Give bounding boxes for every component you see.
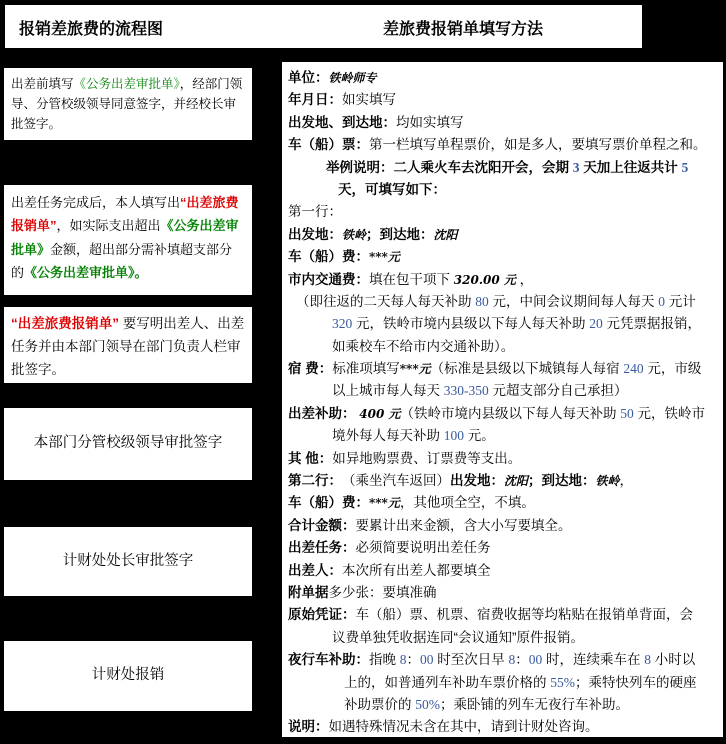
flow-step-fill-reimburse-form: 出差任务完成后，本人填写出“出差旅费报销单”，如实际支出超出《公务出差审批单》金… xyxy=(4,185,252,295)
instruction-line: 举例说明：二人乘火车去沈阳开会，会期 3 天加上往返共计 5 xyxy=(288,157,721,179)
text-segment: 市内交通费： xyxy=(288,272,369,287)
instruction-line: 原始凭证：车（船）票、机票、宿费收据等均粘贴在报销单背面，会 xyxy=(288,604,721,626)
text-segment: 年月日： xyxy=(288,92,342,107)
text-segment: 元。 xyxy=(464,428,495,443)
text-segment: 出差任务： xyxy=(288,540,356,555)
text-segment: 00 xyxy=(529,652,543,667)
instruction-line: 补助票价的 50%；乘卧铺的列车无夜行车补助。 xyxy=(288,694,721,716)
text-segment: 《公务出差审批单》 xyxy=(74,77,180,91)
text-segment: 如异地购票费、订票费等支出。 xyxy=(332,451,521,466)
instruction-line: 车（船）票：第一栏填写单程票价，如是多人，要填写票价单程之和。 xyxy=(288,134,721,156)
instruction-line: 出发地、到达地：均如实填写 xyxy=(288,112,721,134)
text-segment: 要累计出来金额，含大小写要填全。 xyxy=(356,518,572,533)
text-segment: 出差任务完成后，本人填写出 xyxy=(11,195,180,210)
text-segment: （标准是县级以下城镇每人每宿 xyxy=(431,361,624,376)
instruction-line: 单位：铁岭师专 xyxy=(288,67,721,89)
instruction-line: 320 元，铁岭市境内县级以下每人每天补助 20 元凭票据报销， xyxy=(288,313,721,335)
text-segment: 元，铁岭市境内县级以下每人每天补助 xyxy=(352,316,589,331)
text-segment: 标准项填写 xyxy=(332,361,400,376)
text-segment: 附单据 xyxy=(288,585,329,600)
text-segment: 境外每人每天补助 xyxy=(332,428,444,443)
text-segment: 出差人： xyxy=(288,563,342,578)
instruction-line: 议费单独凭收据连同“会议通知”原件报销。 xyxy=(288,627,721,649)
text-segment: （乘坐汽车返回） xyxy=(335,473,450,488)
text-segment: 出发地、到达地： xyxy=(288,115,396,130)
text-segment: 5 xyxy=(682,160,689,175)
text-segment: 车（船）票、机票、宿费收据等均粘贴在报销单背面，会 xyxy=(356,607,694,622)
text-segment: ，如实际支出超出 xyxy=(57,218,161,233)
text-segment: 出差补助： xyxy=(288,406,356,421)
text-segment: 议费单独凭收据连同“会议通知”原件报销。 xyxy=(332,630,584,645)
instruction-line: 附单据多少张：要填准确 xyxy=(288,582,721,604)
text-segment: 时至次日早 xyxy=(434,652,509,667)
text-segment: 出差前填写 xyxy=(11,77,74,91)
instruction-line: 上的，如普通列车补助车票价格的 55%；乘特快列车的硬座 xyxy=(288,672,721,694)
text-segment: 铁岭师专 xyxy=(329,71,377,85)
text-segment: 小时以 xyxy=(651,652,695,667)
instruction-line: 夜行车补助：指晚 8：00 时至次日早 8：00 时，连续乘车在 8 小时以 xyxy=(288,649,721,671)
text-segment: 车（船）票： xyxy=(288,137,369,152)
text-segment: 补助票价的 xyxy=(344,697,415,712)
text-segment: ： xyxy=(407,652,421,667)
text-segment: 00 xyxy=(420,652,434,667)
text-segment: ***元 xyxy=(369,250,400,264)
text-segment: 如乘校车不给市内交通补助）。 xyxy=(332,339,514,354)
text-segment: 20 xyxy=(589,316,603,331)
text-segment: 沈阳 xyxy=(434,228,458,242)
text-segment: 8 xyxy=(400,652,407,667)
text-segment: 单位： xyxy=(288,70,329,85)
instruction-line: 其 他：如异地购票费、订票费等支出。 xyxy=(288,448,721,470)
instruction-line: 合计金额：要累计出来金额，含大小写要填全。 xyxy=(288,515,721,537)
text-segment: ***元 xyxy=(400,362,431,376)
instruction-line: 出差补助： 400 元（铁岭市境内县级以下每人每天补助 50 元，铁岭市 xyxy=(288,403,721,425)
instruction-line: 天，可填写如下： xyxy=(288,179,721,201)
text-segment: ***元 xyxy=(369,496,400,510)
text-segment: 原始凭证： xyxy=(288,607,356,622)
text-segment: 均如实填写 xyxy=(396,115,464,130)
instruction-line: 出差人：本次所有出差人都要填全 xyxy=(288,560,721,582)
flow-step-finance-director-sign: 计财处处长审批签字 xyxy=(4,527,252,596)
instruction-line: 车（船）费：***元 xyxy=(288,246,721,268)
text-segment: 320 xyxy=(332,316,352,331)
text-segment: 铁岭 xyxy=(596,474,620,488)
header-box: 报销差旅费的流程图 差旅费报销单填写方法 xyxy=(5,5,642,48)
text-segment: 出发地： xyxy=(450,473,504,488)
instruction-line: 市内交通费：填在包干项下 320.00 元 ， xyxy=(288,269,721,291)
text-segment: 举例说明：二人乘火车去沈阳开会，会期 xyxy=(326,160,573,175)
text-segment: 元凭票据报销， xyxy=(603,316,701,331)
text-segment: 计财处报销 xyxy=(92,664,165,687)
instructions-lines: 单位：铁岭师专年月日：如实填写出发地、到达地：均如实填写车（船）票：第一栏填写单… xyxy=(288,67,721,737)
instruction-line: （即往返的二天每人每天补助 80 元，中间会议期间每人每天 0 元计 xyxy=(288,291,721,313)
flowchart-title: 报销差旅费的流程图 xyxy=(19,16,163,39)
flow-step-form-requirements: “出差旅费报销单” 要写明出差人、出差任务并由本部门领导在部门负责人栏审批签字。 xyxy=(4,307,252,383)
text-segment: 元超支部分自己承担） xyxy=(489,383,628,398)
text-segment: 车（船）费： xyxy=(288,495,369,510)
instruction-line: 第二行： （乘坐汽车返回）出发地：沈阳；到达地：铁岭， xyxy=(288,470,721,492)
flow-step-finance-reimburse: 计财处报销 xyxy=(4,641,252,711)
text-segment: 100 xyxy=(444,428,464,443)
text-segment: 天，可填写如下： xyxy=(338,182,446,197)
text-segment: （铁岭市境内县级以下每人每天补助 xyxy=(401,406,621,421)
text-segment: 第一行： xyxy=(288,204,342,219)
instruction-line: 以上城市每人每天 330-350 元超支部分自己承担） xyxy=(288,380,721,402)
instruction-line: 出差任务：必须简要说明出差任务 xyxy=(288,537,721,559)
text-segment: 时，连续乘车在 xyxy=(542,652,644,667)
instruction-line: 车（船）费：***元，其他项全空，不填。 xyxy=(288,492,721,514)
instruction-line: 宿 费：标准项填写***元（标准是县级以下城镇每人每宿 240 元，市级 xyxy=(288,358,721,380)
instruction-line: 如乘校车不给市内交通补助）。 xyxy=(288,336,721,358)
text-segment: 其 他： xyxy=(288,451,332,466)
text-segment: ；到达地： xyxy=(366,227,434,242)
text-segment: 以上城市每人每天 xyxy=(332,383,444,398)
text-segment: 说明： xyxy=(288,719,329,734)
flow-step-pre-trip-approval: 出差前填写《公务出差审批单》，经部门领导、分管校级领导同意签字，并经校长审批签字… xyxy=(4,68,252,140)
text-segment: ： xyxy=(515,652,529,667)
instructions-title: 差旅费报销单填写方法 xyxy=(383,16,543,39)
text-segment: 第二行： xyxy=(288,473,335,488)
instruction-line: 境外每人每天补助 100 元。 xyxy=(288,425,721,447)
text-segment: 元，中间会议期间每人每天 xyxy=(489,294,659,309)
text-segment: 天加上往返共计 xyxy=(580,160,682,175)
text-segment: 50% xyxy=(415,697,440,712)
text-segment: 3 xyxy=(573,160,580,175)
text-segment: ；乘卧铺的列车无夜行车补助。 xyxy=(440,697,629,712)
text-segment: 多少张：要填准确 xyxy=(329,585,437,600)
flow-step-dept-leader-sign: 本部门分管校级领导审批签字 xyxy=(4,408,252,480)
text-segment: 第一栏填写单程票价，如是多人，要填写票价单程之和。 xyxy=(369,137,707,152)
text-segment: ；到达地： xyxy=(528,473,596,488)
text-segment: 填在包干项下 xyxy=(369,272,454,287)
text-segment: 320.00 元 xyxy=(454,273,516,287)
text-segment: 元，铁岭市 xyxy=(634,406,705,421)
text-segment: 本次所有出差人都要填全 xyxy=(342,563,491,578)
text-segment: 合计金额： xyxy=(288,518,356,533)
text-segment: ；乘特快列车的硬座 xyxy=(575,675,697,690)
instructions-panel: 单位：铁岭师专年月日：如实填写出发地、到达地：均如实填写车（船）票：第一栏填写单… xyxy=(282,62,723,737)
text-segment: 《公务出差审批单》。 xyxy=(24,265,148,280)
text-segment: 指晚 xyxy=(369,652,400,667)
text-segment: 50 xyxy=(620,406,634,421)
text-segment: 夜行车补助： xyxy=(288,652,369,667)
text-segment: 铁岭 xyxy=(342,228,366,242)
instruction-line: 年月日：如实填写 xyxy=(288,89,721,111)
text-segment: 计财处处长审批签字 xyxy=(63,550,194,573)
text-segment: 80 xyxy=(475,294,489,309)
text-segment: 必须简要说明出差任务 xyxy=(356,540,491,555)
text-segment: 本部门分管校级领导审批签字 xyxy=(34,432,223,455)
text-segment: 出发地： xyxy=(288,227,342,242)
instruction-line: 出发地：铁岭；到达地：沈阳 xyxy=(288,224,721,246)
text-segment: “出差旅费报销单” xyxy=(11,316,119,331)
text-segment: ，其他项全空，不填。 xyxy=(400,495,535,510)
text-segment: 55% xyxy=(550,675,575,690)
text-segment: 车（船）费： xyxy=(288,249,369,264)
text-segment: 400 元 xyxy=(359,407,400,421)
text-segment: 上的，如普通列车补助车票价格的 xyxy=(344,675,550,690)
text-segment: 元计 xyxy=(665,294,696,309)
text-segment: 如实填写 xyxy=(342,92,396,107)
text-segment: ， xyxy=(516,272,533,287)
text-segment: ， xyxy=(620,473,634,488)
text-segment: 240 xyxy=(623,361,643,376)
text-segment: 如遇特殊情况未含在其中，请到计财处咨询。 xyxy=(329,719,599,734)
text-segment: （即往返的二天每人每天补助 xyxy=(296,294,475,309)
instruction-line: 说明：如遇特殊情况未含在其中，请到计财处咨询。 xyxy=(288,716,721,737)
instruction-line: 第一行： xyxy=(288,201,721,223)
text-segment: 330-350 xyxy=(444,383,489,398)
text-segment: 宿 费： xyxy=(288,361,332,376)
text-segment: 元，市级 xyxy=(644,361,702,376)
text-segment: 沈阳 xyxy=(504,474,528,488)
